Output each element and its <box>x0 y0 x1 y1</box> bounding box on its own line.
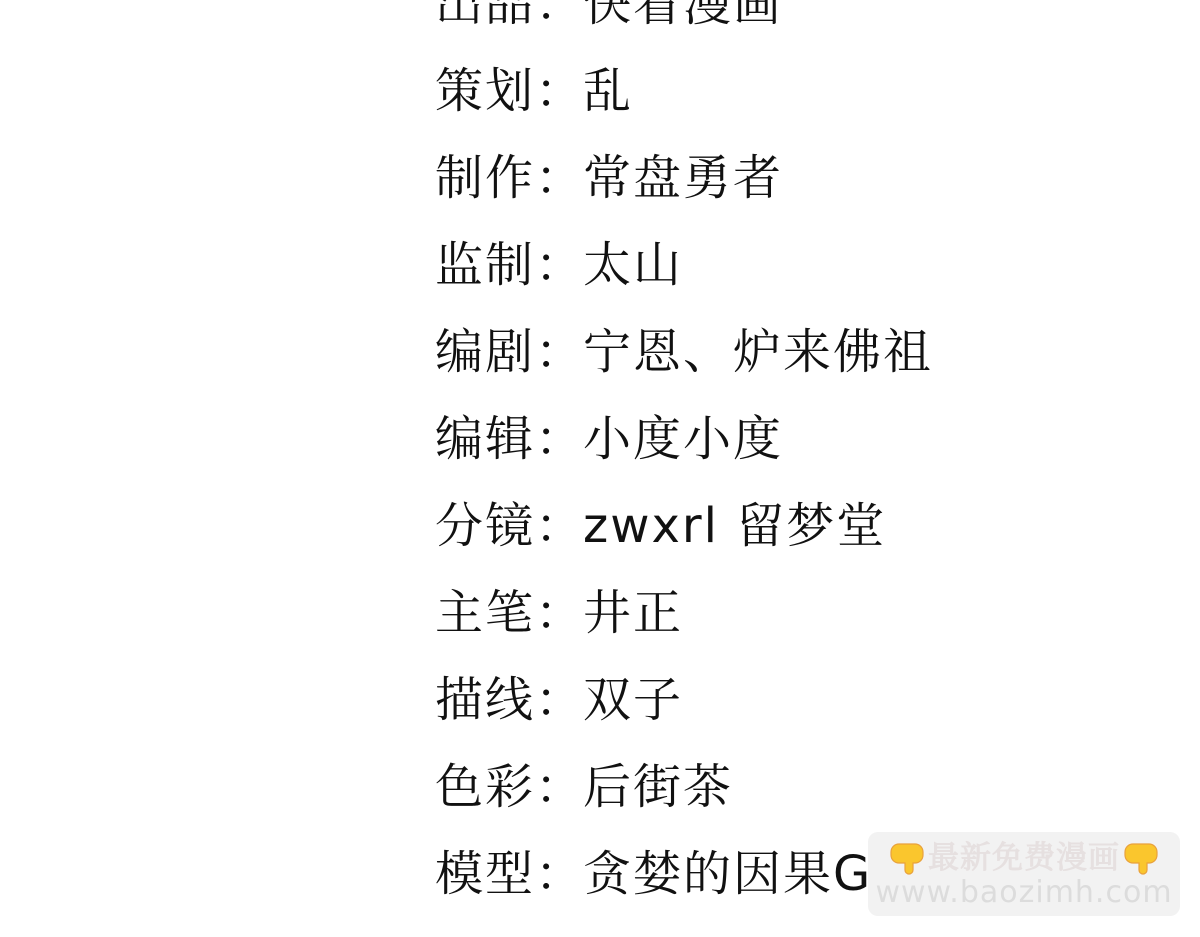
credit-role-text: 策划 <box>435 63 535 119</box>
credit-role-text: 色彩 <box>435 759 535 815</box>
credit-role-label: 模型： <box>435 848 583 900</box>
watermark-url: www.baozimh.com <box>875 877 1172 909</box>
credit-row-jianzhi: 监制： 太山 <box>435 239 933 326</box>
credit-role-text: 制作 <box>435 150 535 206</box>
credit-role-text: 分镜 <box>435 498 535 554</box>
credit-role-text: 编辑 <box>435 411 535 467</box>
watermark-badge: 最新免费漫画 www.baozimh.com <box>868 832 1180 916</box>
credit-role-label: 编剧： <box>435 326 583 378</box>
point-down-icon <box>1123 839 1159 877</box>
credit-row-zhubi: 主笔： 井正 <box>435 587 933 674</box>
credit-role-label: 主笔： <box>435 587 583 639</box>
credit-row-bianji: 编辑： 小度小度 <box>435 413 933 500</box>
credit-value: 后街茶 <box>583 761 733 813</box>
credit-role-label: 分镜： <box>435 500 583 552</box>
comic-credits-page: { "credits": { "colon": "：", "text_color… <box>0 0 1200 937</box>
credit-value: 乱 <box>583 65 633 117</box>
credit-row-bianju: 编剧： 宁恩、炉来佛祖 <box>435 326 933 413</box>
credit-value: 太山 <box>583 239 683 291</box>
credit-colon: ： <box>535 63 585 119</box>
credit-role-label: 监制： <box>435 239 583 291</box>
credit-colon: ： <box>535 0 585 32</box>
point-down-icon <box>889 839 925 877</box>
credit-colon: ： <box>535 237 585 293</box>
credit-role-label: 制作： <box>435 152 583 204</box>
credit-role-text: 主笔 <box>435 585 535 641</box>
credit-colon: ： <box>535 498 585 554</box>
credit-colon: ： <box>535 411 585 467</box>
credit-colon: ： <box>535 846 585 902</box>
credit-role-label: 描线： <box>435 674 583 726</box>
credit-value: 贪婪的因果G <box>583 848 872 900</box>
credit-row-secai: 色彩： 后街茶 <box>435 761 933 848</box>
credit-row-chuban: 出品： 快看漫画 <box>435 0 933 65</box>
credit-role-text: 模型 <box>435 846 535 902</box>
credit-colon: ： <box>535 672 585 728</box>
credit-colon: ： <box>535 324 585 380</box>
credit-colon: ： <box>535 759 585 815</box>
credit-value: 井正 <box>583 587 683 639</box>
credit-role-label: 编辑： <box>435 413 583 465</box>
credit-role-text: 监制 <box>435 237 535 293</box>
credit-value: 双子 <box>583 674 683 726</box>
watermark-title-text: 最新免费漫画 <box>928 842 1120 875</box>
credit-value: 宁恩、炉来佛祖 <box>583 326 933 378</box>
credits-list: 出品： 快看漫画 策划： 乱 制作： 常盘勇者 监制： 太山 编剧： 宁恩、炉来… <box>435 0 933 935</box>
credit-row-fenjing: 分镜： zwxrl 留梦堂 <box>435 500 933 587</box>
credit-row-moxing: 模型： 贪婪的因果G <box>435 848 933 935</box>
credit-value: 快看漫画 <box>583 0 783 30</box>
credit-role-label: 色彩： <box>435 761 583 813</box>
credit-value: 小度小度 <box>583 413 783 465</box>
credit-row-cehua: 策划： 乱 <box>435 65 933 152</box>
credit-colon: ： <box>535 585 585 641</box>
credit-row-zhizuo: 制作： 常盘勇者 <box>435 152 933 239</box>
credit-role-text: 出品 <box>435 0 535 32</box>
credit-role-label: 策划： <box>435 65 583 117</box>
credit-role-text: 描线 <box>435 672 535 728</box>
credit-row-miaoxian: 描线： 双子 <box>435 674 933 761</box>
credit-value: zwxrl 留梦堂 <box>583 500 886 552</box>
credit-role-label: 出品： <box>435 0 583 30</box>
watermark-title-row: 最新免费漫画 <box>889 839 1159 877</box>
credit-colon: ： <box>535 150 585 206</box>
credit-value: 常盘勇者 <box>583 152 783 204</box>
credit-role-text: 编剧 <box>435 324 535 380</box>
